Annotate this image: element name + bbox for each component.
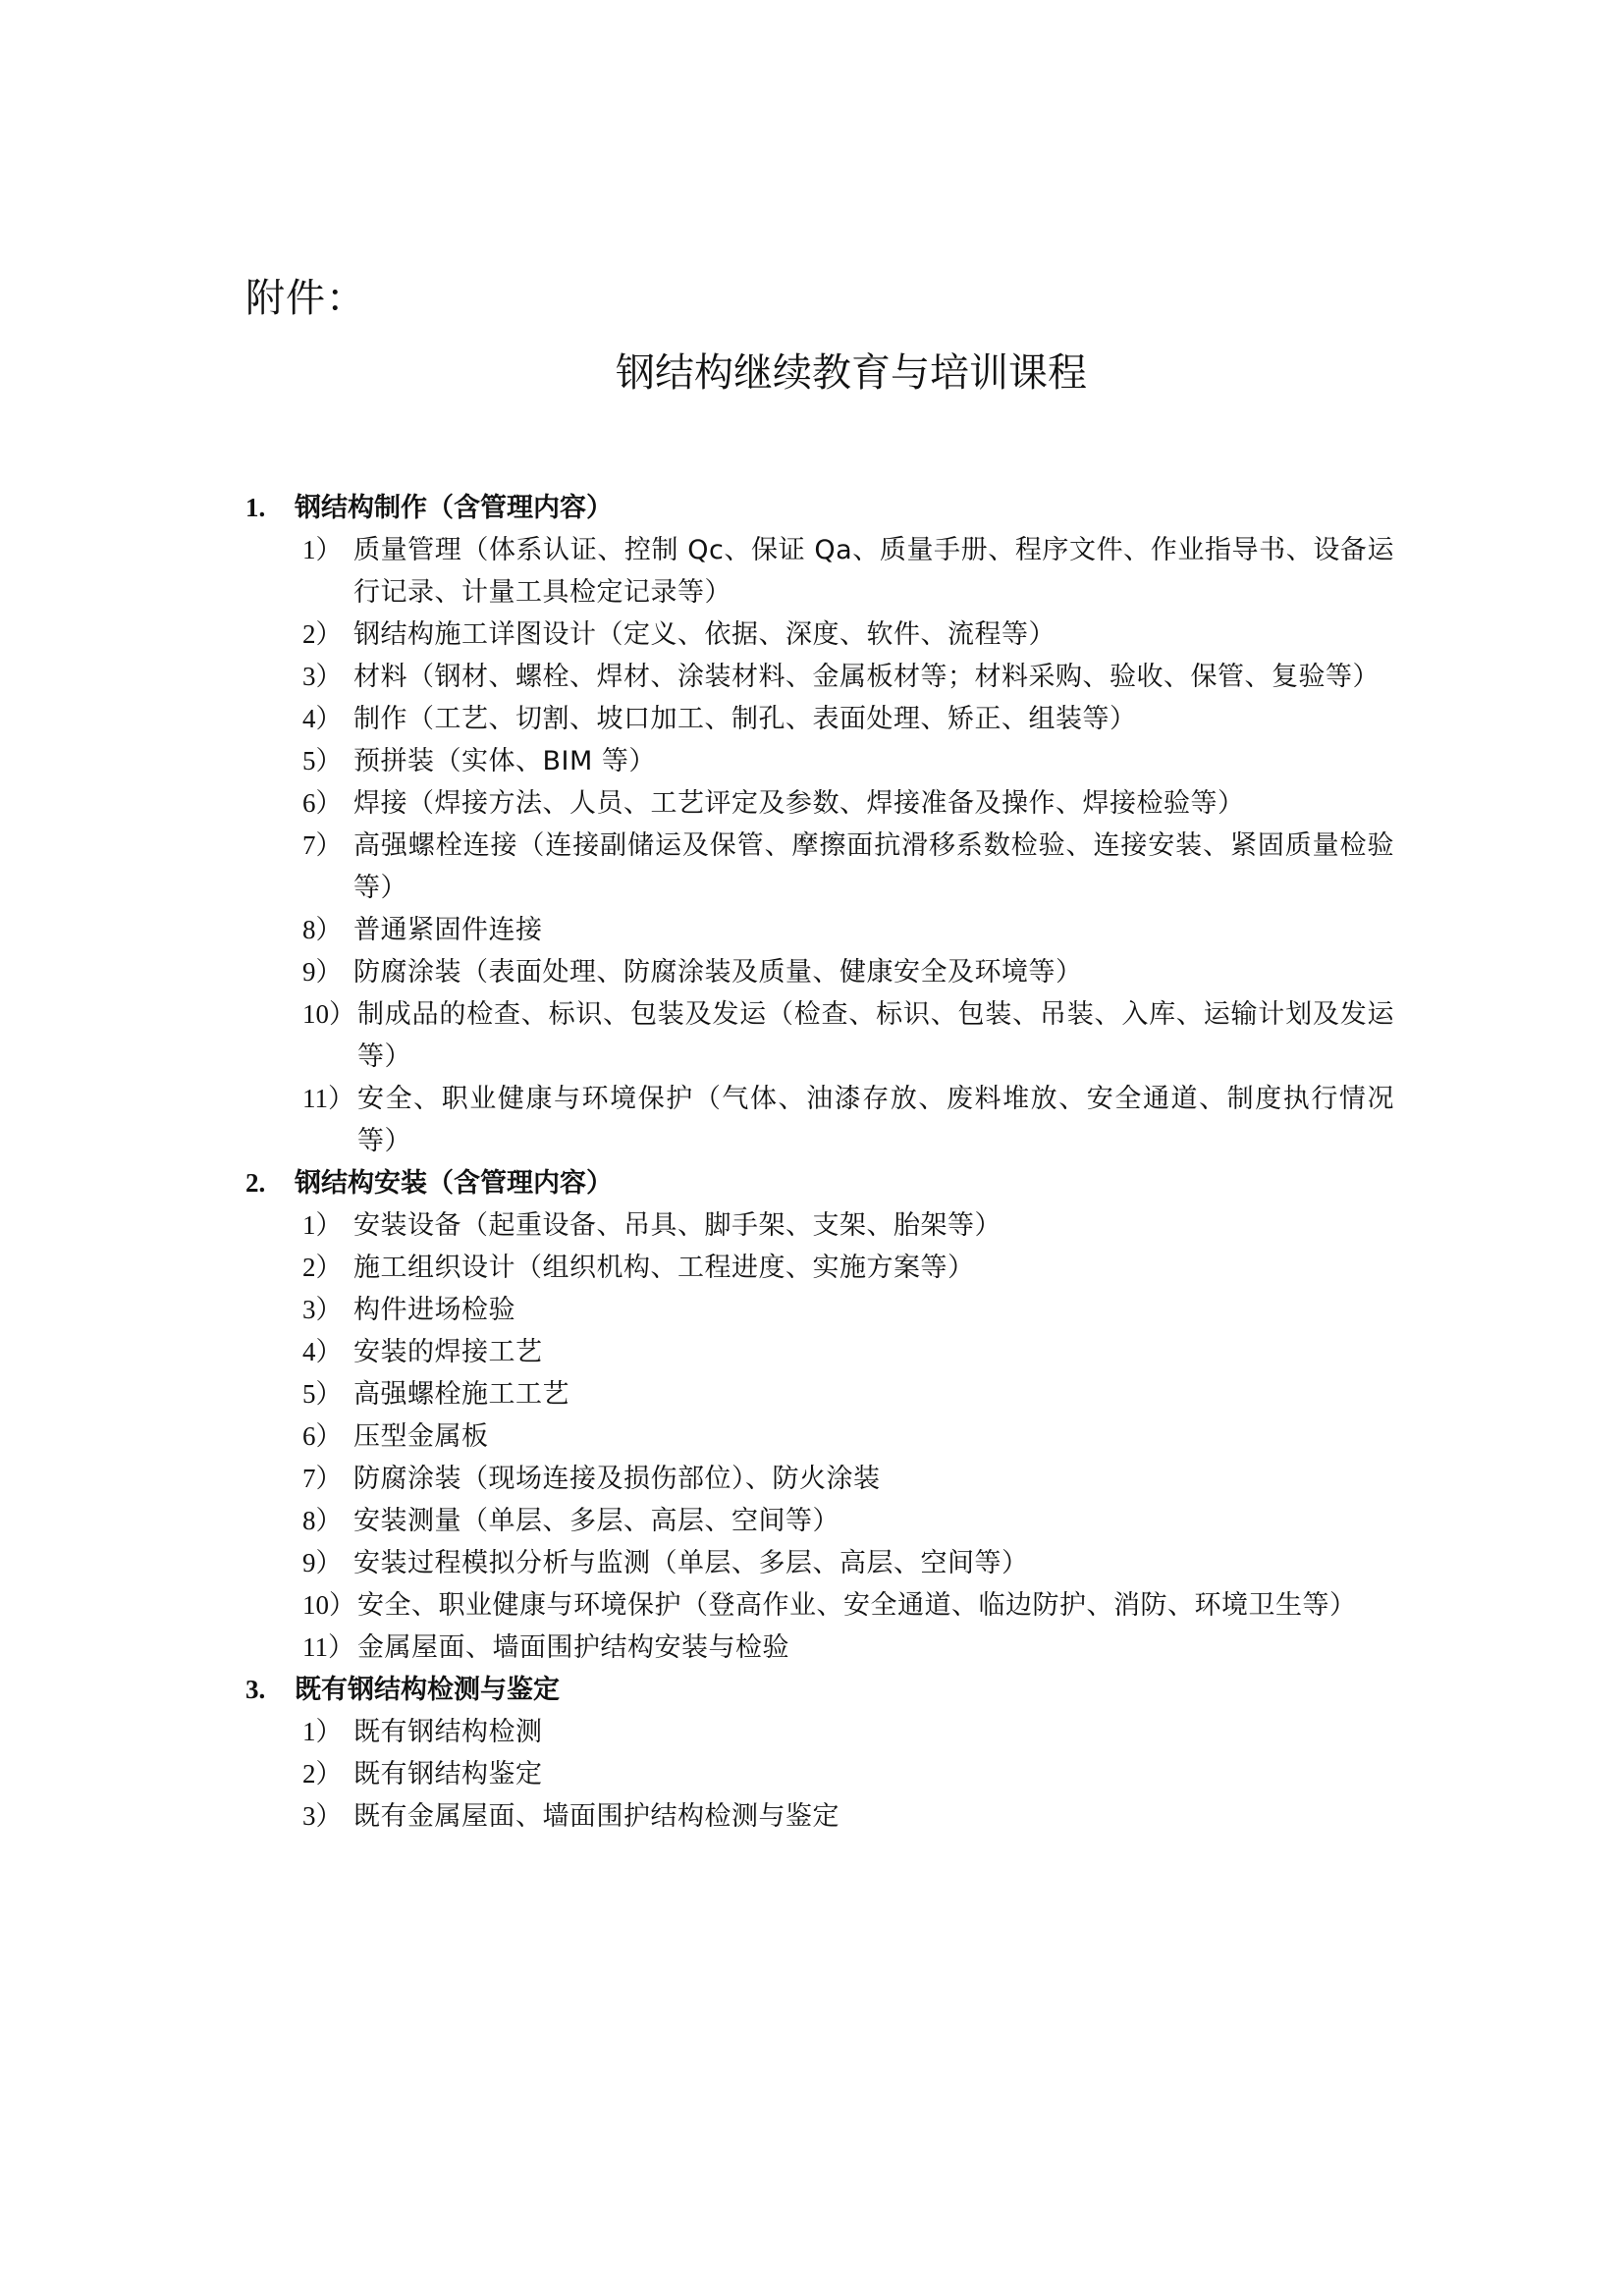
item-number: 5） — [302, 740, 353, 782]
item-number: 2） — [302, 614, 353, 656]
item-text: 既有钢结构鉴定 — [353, 1753, 1394, 1795]
list-item: 2） 施工组织设计（组织机构、工程进度、实施方案等） — [302, 1247, 1394, 1289]
list-item: 9） 安装过程模拟分析与监测（单层、多层、高层、空间等） — [302, 1542, 1394, 1584]
item-number: 1） — [302, 1711, 353, 1753]
section-item-list: 1） 既有钢结构检测 2） 既有钢结构鉴定 3） 既有金属屋面、墙面围护结构检测… — [245, 1711, 1394, 1838]
item-text: 安装过程模拟分析与监测（单层、多层、高层、空间等） — [353, 1542, 1394, 1584]
item-number: 3） — [302, 656, 353, 698]
section-title: 钢结构制作（含管理内容） — [295, 487, 1394, 529]
list-item: 11） 安全、职业健康与环境保护（气体、油漆存放、废料堆放、安全通道、制度执行情… — [302, 1078, 1394, 1162]
section-number: 2. — [245, 1162, 295, 1204]
list-item: 2） 既有钢结构鉴定 — [302, 1753, 1394, 1795]
item-text: 高强螺栓施工工艺 — [353, 1373, 1394, 1415]
item-text: 防腐涂装（表面处理、防腐涂装及质量、健康安全及环境等） — [353, 951, 1394, 993]
list-item: 3） 既有金属屋面、墙面围护结构检测与鉴定 — [302, 1795, 1394, 1838]
item-text: 安装的焊接工艺 — [353, 1331, 1394, 1373]
list-item: 1） 安装设备（起重设备、吊具、脚手架、支架、胎架等） — [302, 1204, 1394, 1247]
item-text: 安全、职业健康与环境保护（登高作业、安全通道、临边防护、消防、环境卫生等） — [357, 1584, 1394, 1627]
section-heading: 3. 既有钢结构检测与鉴定 — [245, 1669, 1394, 1711]
list-item: 7） 高强螺栓连接（连接副储运及保管、摩擦面抗滑移系数检验、连接安装、紧固质量检… — [302, 825, 1394, 909]
list-item: 4） 安装的焊接工艺 — [302, 1331, 1394, 1373]
item-number: 11） — [302, 1078, 357, 1120]
attachment-label: 附件： — [245, 267, 366, 323]
item-text: 压型金属板 — [353, 1415, 1394, 1458]
item-number: 2） — [302, 1247, 353, 1289]
document-page: 附件： 钢结构继续教育与培训课程 1. 钢结构制作（含管理内容） 1） 质量管理… — [0, 0, 1624, 2296]
item-text: 既有钢结构检测 — [353, 1711, 1394, 1753]
section-steel-fabrication: 1. 钢结构制作（含管理内容） 1） 质量管理（体系认证、控制 Qc、保证 Qa… — [245, 487, 1394, 1162]
section-number: 3. — [245, 1669, 295, 1711]
item-number: 9） — [302, 1542, 353, 1584]
list-item: 1） 质量管理（体系认证、控制 Qc、保证 Qa、质量手册、程序文件、作业指导书… — [302, 529, 1394, 614]
item-number: 6） — [302, 1415, 353, 1458]
item-text: 防腐涂装（现场连接及损伤部位）、防火涂装 — [353, 1458, 1394, 1500]
item-text: 制成品的检查、标识、包装及发运（检查、标识、包装、吊装、入库、运输计划及发运等） — [357, 993, 1394, 1078]
section-number: 1. — [245, 487, 295, 529]
list-item: 7） 防腐涂装（现场连接及损伤部位）、防火涂装 — [302, 1458, 1394, 1500]
section-heading: 2. 钢结构安装（含管理内容） — [245, 1162, 1394, 1204]
item-number: 9） — [302, 951, 353, 993]
section-title: 钢结构安装（含管理内容） — [295, 1162, 1394, 1204]
item-number: 7） — [302, 1458, 353, 1500]
item-text: 预拼装（实体、BIM 等） — [353, 740, 1394, 782]
item-text: 焊接（焊接方法、人员、工艺评定及参数、焊接准备及操作、焊接检验等） — [353, 782, 1394, 825]
item-text: 普通紧固件连接 — [353, 909, 1394, 951]
item-text: 金属屋面、墙面围护结构安装与检验 — [357, 1627, 1394, 1669]
list-item: 3） 构件进场检验 — [302, 1289, 1394, 1331]
course-outline: 1. 钢结构制作（含管理内容） 1） 质量管理（体系认证、控制 Qc、保证 Qa… — [245, 487, 1394, 1838]
list-item: 10） 安全、职业健康与环境保护（登高作业、安全通道、临边防护、消防、环境卫生等… — [302, 1584, 1394, 1627]
item-number: 2） — [302, 1753, 353, 1795]
list-item: 2） 钢结构施工详图设计（定义、依据、深度、软件、流程等） — [302, 614, 1394, 656]
item-text: 施工组织设计（组织机构、工程进度、实施方案等） — [353, 1247, 1394, 1289]
item-number: 7） — [302, 825, 353, 867]
item-number: 3） — [302, 1795, 353, 1838]
item-text: 既有金属屋面、墙面围护结构检测与鉴定 — [353, 1795, 1394, 1838]
item-number: 10） — [302, 1584, 357, 1627]
section-heading: 1. 钢结构制作（含管理内容） — [245, 487, 1394, 529]
section-item-list: 1） 质量管理（体系认证、控制 Qc、保证 Qa、质量手册、程序文件、作业指导书… — [245, 529, 1394, 1162]
item-number: 1） — [302, 1204, 353, 1247]
item-number: 10） — [302, 993, 357, 1036]
item-number: 8） — [302, 909, 353, 951]
item-text: 安装测量（单层、多层、高层、空间等） — [353, 1500, 1394, 1542]
list-item: 1） 既有钢结构检测 — [302, 1711, 1394, 1753]
list-item: 9） 防腐涂装（表面处理、防腐涂装及质量、健康安全及环境等） — [302, 951, 1394, 993]
list-item: 10） 制成品的检查、标识、包装及发运（检查、标识、包装、吊装、入库、运输计划及… — [302, 993, 1394, 1078]
list-item: 8） 安装测量（单层、多层、高层、空间等） — [302, 1500, 1394, 1542]
list-item: 6） 焊接（焊接方法、人员、工艺评定及参数、焊接准备及操作、焊接检验等） — [302, 782, 1394, 825]
list-item: 11） 金属屋面、墙面围护结构安装与检验 — [302, 1627, 1394, 1669]
item-text: 高强螺栓连接（连接副储运及保管、摩擦面抗滑移系数检验、连接安装、紧固质量检验等） — [353, 825, 1394, 909]
document-title: 钢结构继续教育与培训课程 — [0, 342, 1624, 398]
item-text: 制作（工艺、切割、坡口加工、制孔、表面处理、矫正、组装等） — [353, 698, 1394, 740]
item-number: 8） — [302, 1500, 353, 1542]
item-number: 4） — [302, 1331, 353, 1373]
section-item-list: 1） 安装设备（起重设备、吊具、脚手架、支架、胎架等） 2） 施工组织设计（组织… — [245, 1204, 1394, 1669]
item-text: 安装设备（起重设备、吊具、脚手架、支架、胎架等） — [353, 1204, 1394, 1247]
list-item: 4） 制作（工艺、切割、坡口加工、制孔、表面处理、矫正、组装等） — [302, 698, 1394, 740]
item-text: 质量管理（体系认证、控制 Qc、保证 Qa、质量手册、程序文件、作业指导书、设备… — [353, 529, 1394, 614]
item-number: 3） — [302, 1289, 353, 1331]
list-item: 5） 高强螺栓施工工艺 — [302, 1373, 1394, 1415]
item-text: 材料（钢材、螺栓、焊材、涂装材料、金属板材等；材料采购、验收、保管、复验等） — [353, 656, 1394, 698]
item-text: 安全、职业健康与环境保护（气体、油漆存放、废料堆放、安全通道、制度执行情况等） — [357, 1078, 1394, 1162]
section-existing-structure-inspection: 3. 既有钢结构检测与鉴定 1） 既有钢结构检测 2） 既有钢结构鉴定 3） 既… — [245, 1669, 1394, 1838]
item-number: 5） — [302, 1373, 353, 1415]
item-number: 11） — [302, 1627, 357, 1669]
list-item: 8） 普通紧固件连接 — [302, 909, 1394, 951]
item-number: 6） — [302, 782, 353, 825]
item-text: 钢结构施工详图设计（定义、依据、深度、软件、流程等） — [353, 614, 1394, 656]
list-item: 6） 压型金属板 — [302, 1415, 1394, 1458]
list-item: 5） 预拼装（实体、BIM 等） — [302, 740, 1394, 782]
item-text: 构件进场检验 — [353, 1289, 1394, 1331]
item-number: 4） — [302, 698, 353, 740]
section-title: 既有钢结构检测与鉴定 — [295, 1669, 1394, 1711]
section-steel-installation: 2. 钢结构安装（含管理内容） 1） 安装设备（起重设备、吊具、脚手架、支架、胎… — [245, 1162, 1394, 1669]
item-number: 1） — [302, 529, 353, 571]
list-item: 3） 材料（钢材、螺栓、焊材、涂装材料、金属板材等；材料采购、验收、保管、复验等… — [302, 656, 1394, 698]
